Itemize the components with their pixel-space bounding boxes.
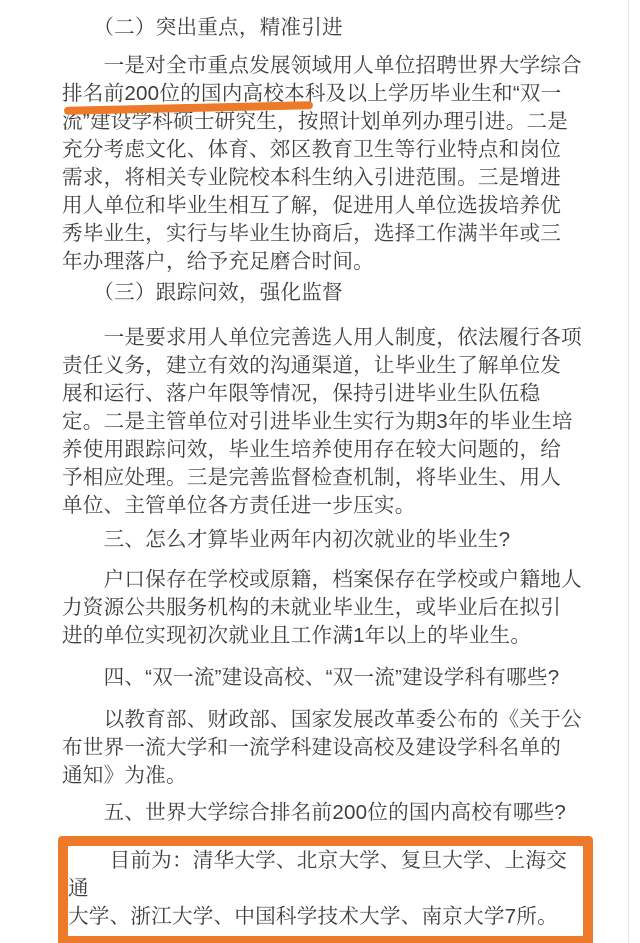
page-edge-divider [628, 0, 629, 943]
article-content: （二）突出重点，精准引进 一是对全市重点发展领域用人单位招聘世界大学综合 排名前… [0, 0, 640, 943]
paragraph-question4-answer: 以教育部、财政部、国家发展改革委公布的《关于公 布世界一流大学和一流学科建设高校… [62, 706, 640, 790]
paragraph-question3-answer: 户口保存在学校或原籍，档案保存在学校或户籍地人 力资源公共服务机构的未就业毕业生… [62, 566, 640, 650]
article-page: （二）突出重点，精准引进 一是对全市重点发展领域用人单位招聘世界大学综合 排名前… [0, 0, 640, 943]
paragraph-question5-answer: 目前为：清华大学、北京大学、复旦大学、上海交通 大学、浙江大学、中国科学技术大学… [68, 847, 579, 931]
section-heading-part3: （三）跟踪问效，强化监督 [62, 279, 640, 307]
section-heading-part2: （二）突出重点，精准引进 [62, 14, 640, 42]
section-heading-question3: 三、怎么才算毕业两年内初次就业的毕业生? [62, 526, 640, 554]
section-heading-question4: 四、“双一流”建设高校、“双一流”建设学科有哪些? [62, 664, 640, 692]
section-heading-question5: 五、世界大学综合排名前200位的国内高校有哪些? [62, 799, 640, 827]
paragraph-part3: 一是要求用人单位完善选人用人制度，依法履行各项 责任义务，建立有效的沟通渠道，让… [62, 324, 640, 520]
paragraph-part2: 一是对全市重点发展领域用人单位招聘世界大学综合 排名前200位的国内高校本科及以… [62, 52, 640, 276]
orange-highlight-box: 目前为：清华大学、北京大学、复旦大学、上海交通 大学、浙江大学、中国科学技术大学… [58, 836, 593, 943]
